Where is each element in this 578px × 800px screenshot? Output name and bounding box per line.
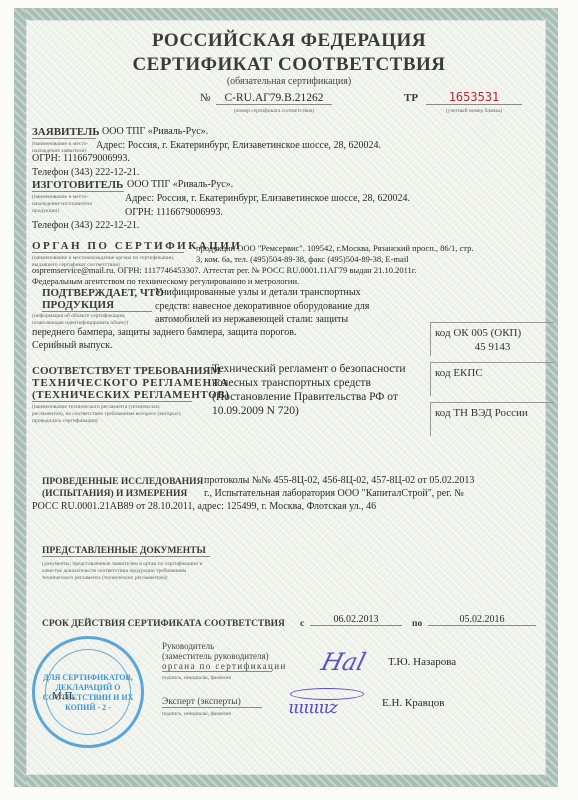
validity-to-prefix: по <box>412 619 422 629</box>
manufacturer-label: ИЗГОТОВИТЕЛЬ <box>32 179 124 192</box>
applicant-label: ЗАЯВИТЕЛЬ <box>32 126 96 139</box>
manufacturer-ogrn: ОГРН: 1116679006993. <box>125 207 223 218</box>
head-label-line2: (заместитель руководителя) <box>162 651 269 661</box>
product-line5: Серийный выпуск. <box>32 340 112 351</box>
form-number-caption: (учетный номер бланка) <box>426 108 522 115</box>
okp-code-label: код ОК 005 (ОКП) <box>435 327 550 339</box>
applicant-address: Адрес: Россия, г. Екатеринбург, Елизавет… <box>96 140 381 151</box>
regulation-line2: колесных транспортных средств <box>212 377 371 389</box>
stamp-label: М.П. <box>52 690 75 702</box>
tnved-code-label: код ТН ВЭД России <box>435 407 550 419</box>
product-line4: переднего бампера, защиты заднего бампер… <box>32 327 296 338</box>
cert-body-line4: Федеральным агентством по техническому р… <box>32 276 299 286</box>
validity-label: СРОК ДЕЙСТВИЯ СЕРТИФИКАТА СООТВЕТСТВИЯ <box>42 619 285 629</box>
product-line2: средств: навесное декоративное оборудова… <box>155 301 369 312</box>
certificate-number-caption: (номер сертификата соответствия) <box>216 108 332 115</box>
head-name: Т.Ю. Назарова <box>388 656 456 668</box>
head-label-line3: органа по сертификации <box>162 661 272 672</box>
product-label-line1: ПОДТВЕРЖДАЕТ, ЧТО <box>42 287 164 299</box>
applicant-ogrn: ОГРН: 1116679006993. <box>32 153 130 164</box>
tnved-code-box: код ТН ВЭД России <box>430 402 554 436</box>
cert-body-line3: ospremservice@mail.ru. ОГРН: 11177464533… <box>32 265 416 275</box>
seal-stamp: ДЛЯ СЕРТИФИКАТОВ, ДЕКЛАРАЦИЙ О СООТВЕТСТ… <box>32 636 144 748</box>
expert-name: Е.Н. Кравцов <box>382 697 444 709</box>
manufacturer-caption: (наименование и место-нахождение изготов… <box>32 194 100 215</box>
regulation-label-line3: (ТЕХНИЧЕСКИХ РЕГЛАМЕНТОВ) <box>32 389 192 402</box>
documents-caption: (документы, представленные заявителем в … <box>42 561 210 582</box>
tests-label-line1: ПРОВЕДЕННЫЕ ИССЛЕДОВАНИЯ <box>42 477 203 487</box>
validity-from-prefix: с <box>300 619 304 629</box>
tests-label-line2: (ИСПЫТАНИЯ) И ИЗМЕРЕНИЯ <box>42 489 187 499</box>
expert-label: Эксперт (эксперты) <box>162 697 262 708</box>
manufacturer-address: Адрес: Россия, г. Екатеринбург, Елизавет… <box>125 193 410 204</box>
country-heading: РОССИЙСКАЯ ФЕДЕРАЦИЯ <box>0 30 578 52</box>
regulation-line3: (Постановление Правительства РФ от <box>212 391 398 403</box>
head-signature: Наl <box>318 648 368 676</box>
ekps-code-label: код ЕКПС <box>435 367 550 379</box>
manufacturer-name: ООО ТПГ «Риваль-Рус». <box>127 179 233 190</box>
applicant-phone: Телефон (343) 222-12-21. <box>32 167 139 178</box>
regulation-caption: (наименование технического регламента (т… <box>32 404 192 425</box>
form-number: 1653531 <box>426 90 522 105</box>
validity-from-date: 06.02.2013 <box>310 614 402 626</box>
head-label-line1: Руководитель <box>162 641 214 651</box>
certificate-number: C-RU.АГ79.В.21262 <box>216 92 332 105</box>
certificate-title: СЕРТИФИКАТ СООТВЕТСТВИЯ <box>0 54 578 76</box>
tests-line3: РОСС RU.0001.21АВ89 от 28.10.2011, адрес… <box>32 501 376 512</box>
tests-line2: г., Испытательная лаборатория ООО "Капит… <box>204 488 464 499</box>
certificate-subtitle: (обязательная сертификация) <box>0 76 578 87</box>
regulation-label-line2: ТЕХНИЧЕСКОГО РЕГЛАМЕНТА <box>32 377 229 389</box>
ekps-code-box: код ЕКПС <box>430 362 554 396</box>
validity-to-date: 05.02.2016 <box>428 614 536 626</box>
tests-line1: протоколы №№ 455-8Ц-02, 456-8Ц-02, 457-8… <box>204 475 474 486</box>
manufacturer-phone: Телефон (343) 222-12-21. <box>32 220 139 231</box>
expert-caption: подпись, инициалы, фамилия <box>162 711 231 718</box>
okp-code-value: 45 9143 <box>435 341 550 353</box>
stamp-text: ДЛЯ СЕРТИФИКАТОВ, ДЕКЛАРАЦИЙ О СООТВЕТСТ… <box>35 673 141 713</box>
documents-label: ПРЕДСТАВЛЕННЫЕ ДОКУМЕНТЫ <box>42 546 210 557</box>
product-label-line2: ПРОДУКЦИЯ <box>42 299 152 312</box>
product-line1: Унифицированные узлы и детали транспортн… <box>155 287 361 298</box>
regulation-label-line1: СООТВЕТСТВУЕТ ТРЕБОВАНИЯМ <box>32 365 221 377</box>
cert-body-line2: 3, ком. 6а, тел. (495)504-89-38, факс (4… <box>196 254 409 264</box>
tr-prefix: ТР <box>404 92 418 104</box>
applicant-name: ООО ТПГ «Риваль-Рус». <box>102 126 208 137</box>
okp-code-box: код ОК 005 (ОКП) 45 9143 <box>430 322 554 356</box>
number-prefix: № <box>200 92 211 104</box>
regulation-line4: 10.09.2009 N 720) <box>212 405 299 417</box>
cert-body-line1: продукции ООО "Ремсервис". 109542, г.Мос… <box>196 243 473 253</box>
product-line3: автомобилей из нержавеющей стали: защиты <box>155 314 348 325</box>
head-caption: подпись, инициалы, фамилия <box>162 675 231 682</box>
regulation-line1: Технический регламент о безопасности <box>212 363 406 375</box>
product-caption: (информация об объекте сертификации, поз… <box>32 313 152 327</box>
cert-body-label: ОРГАН ПО СЕРТИФИКАЦИИ <box>32 240 184 253</box>
expert-signature: ιιιιιιιιz <box>288 697 336 718</box>
